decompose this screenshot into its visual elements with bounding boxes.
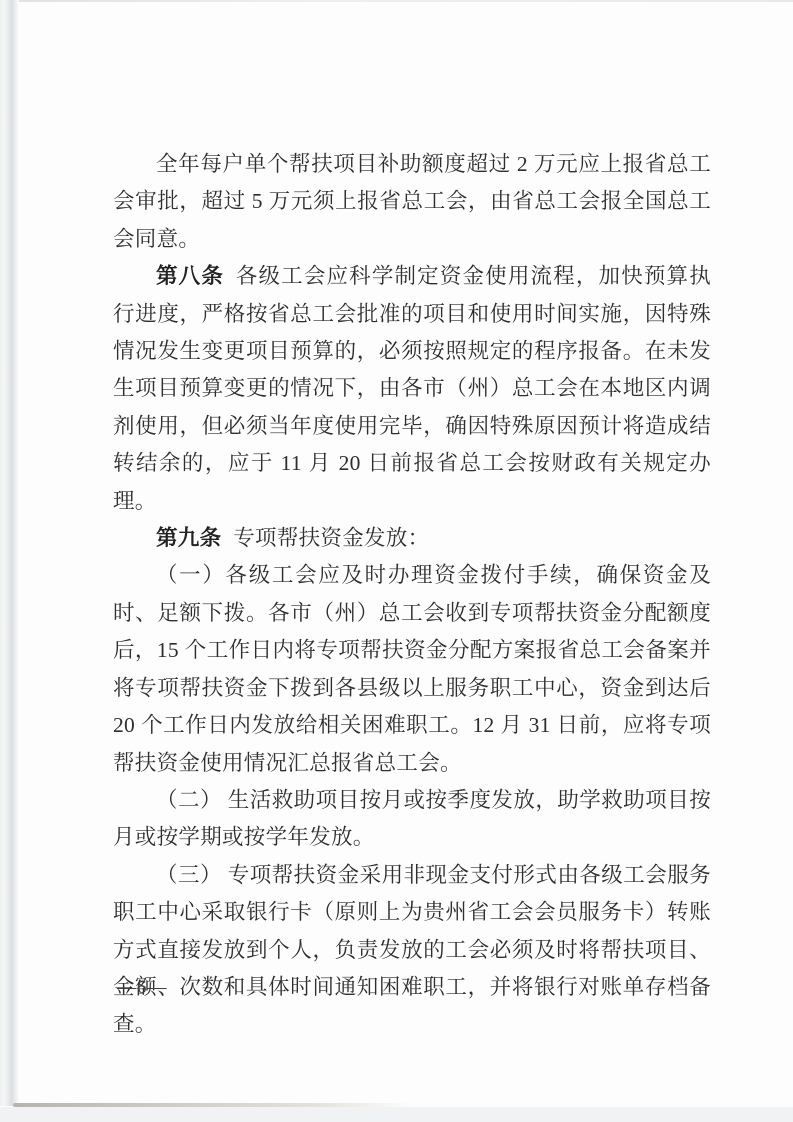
paragraph-text: 各级工会应科学制定资金使用流程，加快预算执行进度，严格按省总工会批准的项目和使用… — [113, 264, 711, 512]
page-number: —6— — [117, 977, 168, 999]
scan-left-edge-shadow — [0, 0, 19, 1106]
paragraph-item-1: （一）各级工会应及时办理资金拨付手续，确保资金及时、足额下拨。各市（州）总工会收… — [113, 557, 711, 781]
document-body: 全年每户单个帮扶项目补助额度超过 2 万元应上报省总工会审批，超过 5 万元须上… — [113, 146, 711, 1044]
paragraph-article-8: 第八条各级工会应科学制定资金使用流程，加快预算执行进度，严格按省总工会批准的项目… — [113, 258, 711, 520]
article-9-heading: 第九条 — [156, 526, 221, 550]
paragraph-item-3: （三） 专项帮扶资金采用非现金支付形式由各级工会服务职工中心采取银行卡（原则上为… — [113, 857, 711, 1044]
document-page: 全年每户单个帮扶项目补助额度超过 2 万元应上报省总工会审批，超过 5 万元须上… — [0, 0, 793, 1122]
paragraph-article-9: 第九条专项帮扶资金发放： — [113, 520, 711, 557]
paragraph-text: （二） 生活救助项目按月或按季度发放，助学救助项目按月或按学期或按学年发放。 — [113, 788, 711, 849]
paragraph-funding-limits: 全年每户单个帮扶项目补助额度超过 2 万元应上报省总工会审批，超过 5 万元须上… — [113, 146, 711, 258]
scan-top-edge-shadow — [0, 0, 793, 2]
paragraph-text: （三） 专项帮扶资金采用非现金支付形式由各级工会服务职工中心采取银行卡（原则上为… — [113, 863, 711, 1037]
paragraph-item-2: （二） 生活救助项目按月或按季度发放，助学救助项目按月或按学期或按学年发放。 — [113, 782, 711, 857]
article-8-heading: 第八条 — [156, 264, 224, 288]
page-bottom-edge-line — [13, 1103, 413, 1107]
paragraph-text: 全年每户单个帮扶项目补助额度超过 2 万元应上报省总工会审批，超过 5 万元须上… — [113, 152, 711, 251]
paragraph-text: 专项帮扶资金发放： — [233, 526, 429, 550]
paragraph-text: （一）各级工会应及时办理资金拨付手续，确保资金及时、足额下拨。各市（州）总工会收… — [113, 563, 711, 774]
scan-bottom-strip — [0, 1107, 793, 1122]
